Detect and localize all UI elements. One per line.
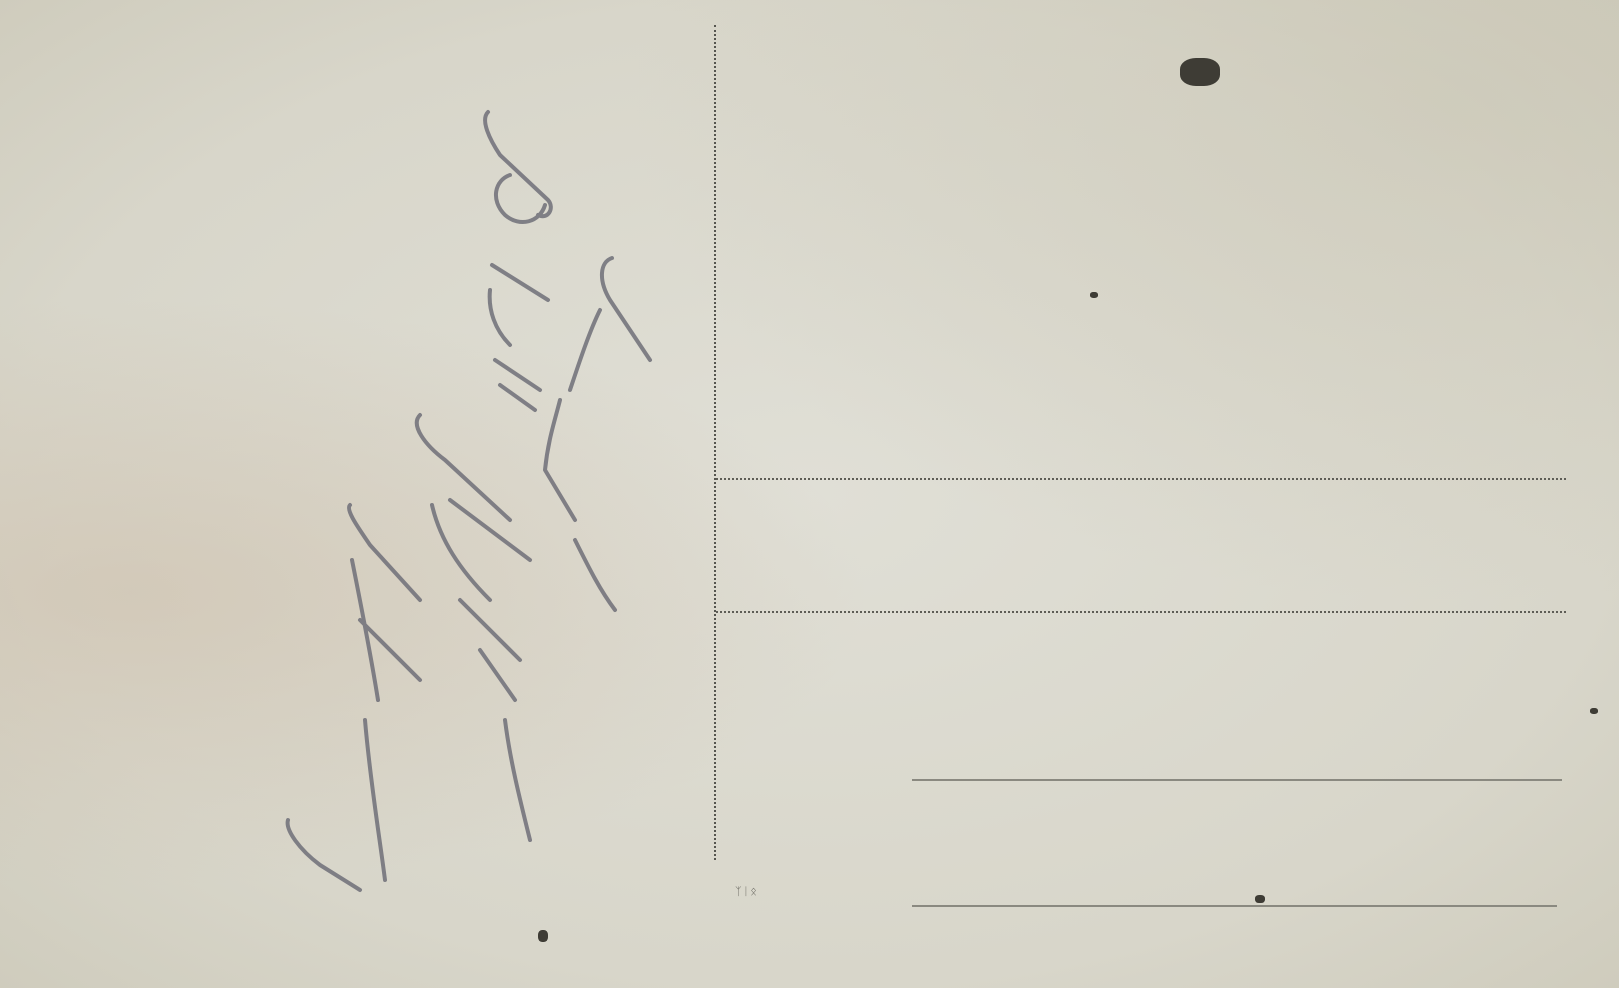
handwriting-line-4: [288, 505, 420, 890]
address-line-4: [912, 905, 1557, 907]
address-line-3: [912, 779, 1562, 781]
stain-speck: [538, 930, 548, 942]
handwritten-message: [0, 0, 1619, 988]
printer-mark: ᛉᛁᛟ: [735, 885, 758, 898]
address-line-1: [716, 478, 1566, 480]
message-address-divider: [714, 25, 716, 860]
stain-speck: [1255, 895, 1265, 903]
handwriting-line-3: [417, 415, 530, 840]
stain-speck: [1090, 292, 1098, 298]
handwriting-line-2: [485, 112, 551, 410]
handwriting-line-1: [545, 258, 650, 610]
stain-speck: [1590, 708, 1598, 714]
address-line-2: [716, 611, 1566, 613]
postcard-back: ᛉᛁᛟ: [0, 0, 1619, 988]
stain-speck: [1180, 58, 1220, 86]
